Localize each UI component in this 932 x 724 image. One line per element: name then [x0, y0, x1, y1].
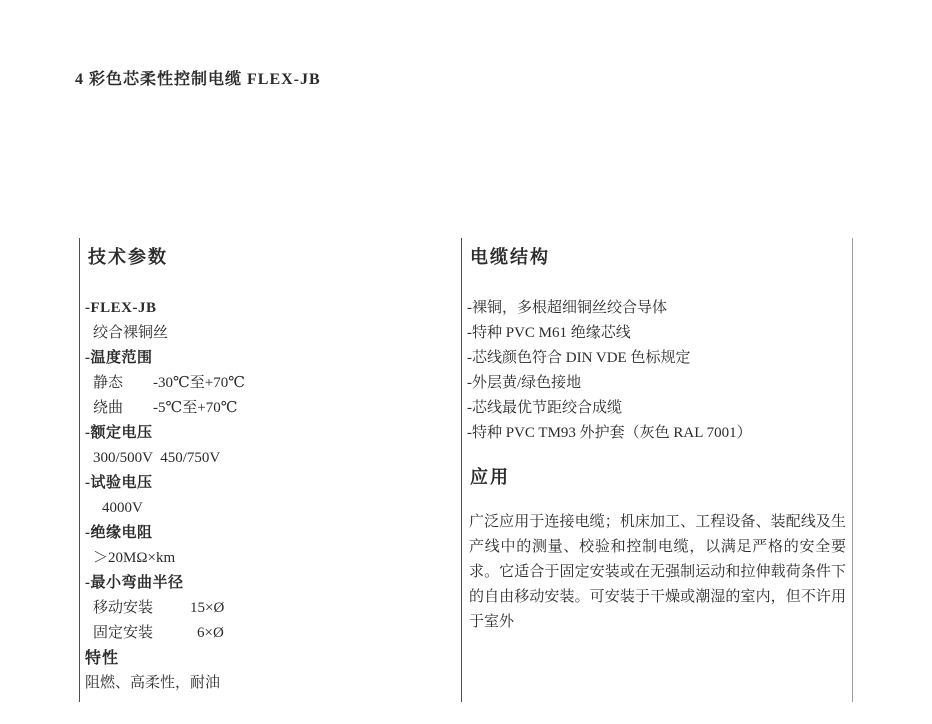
- param-temp-flex: 绕曲-5℃至+70℃: [85, 396, 457, 421]
- structure-item: -裸铜，多根超细铜丝绞合导体: [467, 296, 848, 321]
- structure-item: -特种 PVC TM93 外护套（灰色 RAL 7001）: [467, 421, 848, 446]
- param-rated-voltage-header: -额定电压: [85, 421, 457, 446]
- bend-fixed-value: 6×Ø: [197, 625, 224, 641]
- temp-flex-value: -5℃至+70℃: [153, 400, 238, 416]
- structure-item: -芯线最优节距绞合成缆: [467, 396, 848, 421]
- param-test-voltage-header: -试验电压: [85, 471, 457, 496]
- page-title: 4 彩色芯柔性控制电缆 FLEX-JB: [75, 66, 321, 89]
- param-features-header: 特性: [85, 646, 457, 671]
- param-features-value: 阻燃、高柔性，耐油: [85, 671, 457, 696]
- param-conductor: 绞合裸铜丝: [85, 321, 457, 346]
- structure-item: -外层黄/绿色接地: [467, 371, 848, 396]
- param-insulation-header: -绝缘电阻: [85, 521, 457, 546]
- document-page: 4 彩色芯柔性控制电缆 FLEX-JB 技术参数 -FLEX-JB 绞合裸铜丝 …: [0, 0, 932, 724]
- structure-item: -芯线颜色符合 DIN VDE 色标规定: [467, 346, 848, 371]
- bend-mobile-label: 移动安装: [93, 596, 190, 621]
- param-bend-mobile: 移动安装15×Ø: [85, 596, 457, 621]
- application-header: 应用: [470, 463, 510, 489]
- temp-static-label: 静态: [93, 371, 153, 396]
- tech-params-rows: -FLEX-JB 绞合裸铜丝 -温度范围 静态-30℃至+70℃ 绕曲-5℃至+…: [85, 296, 457, 696]
- param-test-voltage-value: 4000V: [85, 496, 457, 521]
- param-temp-range-header: -温度范围: [85, 346, 457, 371]
- cable-structure-header: 电缆结构: [470, 243, 550, 269]
- param-insulation-value: ＞20MΩ×km: [85, 546, 457, 571]
- param-rated-voltage-value: 300/500V 450/750V: [85, 446, 457, 471]
- temp-flex-label: 绕曲: [93, 396, 153, 421]
- bend-fixed-label: 固定安装: [93, 621, 197, 646]
- tech-params-section: 技术参数 -FLEX-JB 绞合裸铜丝 -温度范围 静态-30℃至+70℃ 绕曲…: [79, 238, 461, 702]
- cable-structure-rows: -裸铜，多根超细铜丝绞合导体 -特种 PVC M61 绝缘芯线 -芯线颜色符合 …: [467, 296, 848, 446]
- temp-static-value: -30℃至+70℃: [153, 375, 245, 391]
- param-bend-radius-header: -最小弯曲半径: [85, 571, 457, 596]
- application-text: 广泛应用于连接电缆；机床加工、工程设备、装配线及生产线中的测量、校验和控制电缆，…: [469, 510, 846, 635]
- param-model: -FLEX-JB: [85, 296, 457, 321]
- param-temp-static: 静态-30℃至+70℃: [85, 371, 457, 396]
- cable-structure-section: 电缆结构 -裸铜，多根超细铜丝绞合导体 -特种 PVC M61 绝缘芯线 -芯线…: [461, 238, 853, 702]
- bend-mobile-value: 15×Ø: [190, 600, 224, 616]
- param-bend-fixed: 固定安装6×Ø: [85, 621, 457, 646]
- structure-item: -特种 PVC M61 绝缘芯线: [467, 321, 848, 346]
- tech-params-header: 技术参数: [88, 243, 168, 269]
